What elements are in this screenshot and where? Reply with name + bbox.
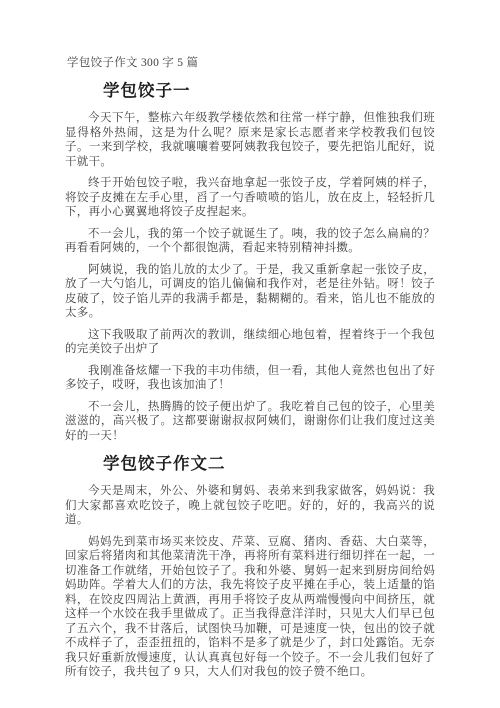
document-title: 学包饺子作文 300 字 5 篇 <box>67 56 435 70</box>
essay-2: 学包饺子作文二 今天是周末，外公、外婆和舅妈、表弟来到我家做客，妈妈说：我们大家… <box>0 454 500 680</box>
document-page: 学包饺子作文 300 字 5 篇 学包饺子一 今天下午，整栋六年级教学楼依然和往… <box>0 0 500 708</box>
essay-2-heading: 学包饺子作文二 <box>65 454 435 474</box>
paragraph: 不一会儿，我的第一个饺子就诞生了。咦，我的饺子怎么扁扁的？再看看阿姨的，一个个都… <box>65 227 435 256</box>
paragraph: 今天是周末，外公、外婆和舅妈、表弟来到我家做客，妈妈说：我们大家都喜欢吃饺子，晚… <box>65 484 435 528</box>
essay-1-heading: 学包饺子一 <box>65 81 435 101</box>
paragraph: 终于开始包饺子啦，我兴奋地拿起一张饺子皮，学着阿姨的样子，将饺子皮摊在左手心里，… <box>65 176 435 220</box>
paragraph: 阿姨说，我的馅儿放的太少了。于是，我又重新拿起一张饺子皮，放了一大勺馅儿，可调皮… <box>65 263 435 321</box>
paragraph: 妈妈先到菜市场买来饺皮、芹菜、豆腐、猪肉、香菇、大白菜等，回家后将猪肉和其他菜清… <box>65 535 435 680</box>
paragraph: 今天下午，整栋六年级教学楼依然和往常一样宁静，但惟独我们班显得格外热闹，这是为什… <box>65 111 435 169</box>
paragraph: 不一会儿，热腾腾的饺子便出炉了。我吃着自己包的饺子，心里美滋滋的，高兴极了。这都… <box>65 400 435 444</box>
paragraph: 我刚准备炫耀一下我的丰功伟绩，但一看，其他人竟然也包出了好多饺子，哎呀，我也该加… <box>65 364 435 393</box>
paragraph: 这下我吸取了前两次的教训，继续细心地包着，捏着终于一个我包的完美饺子出炉了 <box>65 328 435 357</box>
essay-1: 学包饺子一 今天下午，整栋六年级教学楼依然和往常一样宁静，但惟独我们班显得格外热… <box>0 81 500 443</box>
